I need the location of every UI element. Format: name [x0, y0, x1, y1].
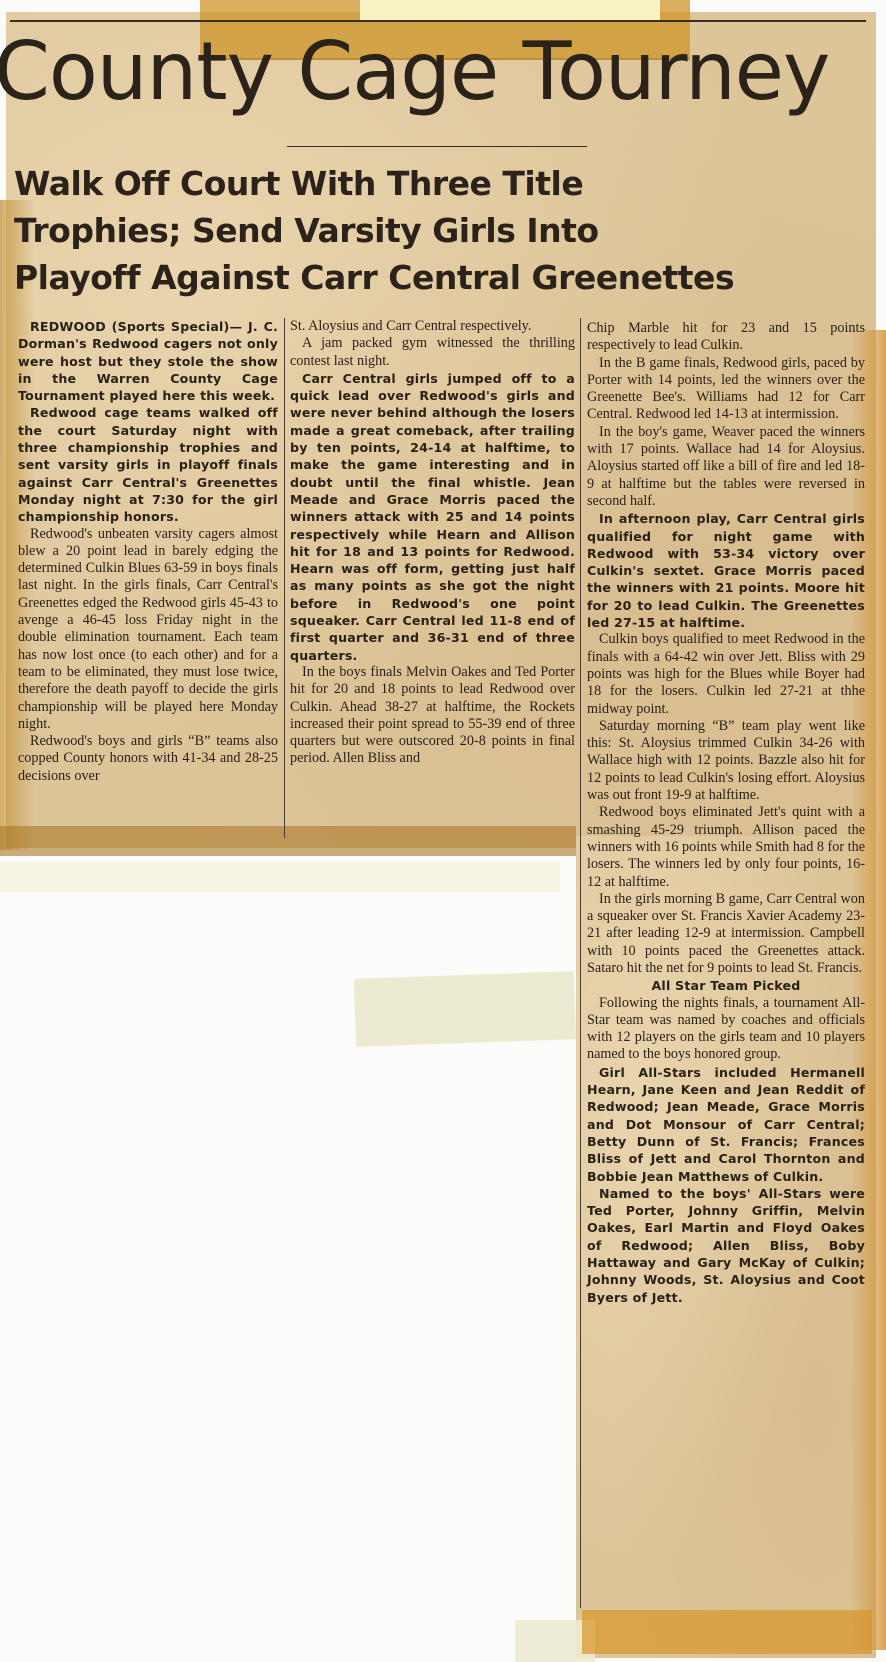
article-paragraph: Carr Central girls jumped off to a quick… — [290, 370, 575, 664]
tape-top-light — [360, 0, 660, 22]
article-paragraph: In the girls morning B game, Carr Centra… — [587, 891, 865, 977]
article-column-1: REDWOOD (Sports Special)— J. C. Dorman's… — [18, 318, 278, 785]
column-rule-2 — [580, 318, 581, 1608]
tape-strip-left — [0, 862, 560, 892]
article-paragraph: Girl All-Stars included Hermanell Hearn,… — [587, 1064, 865, 1185]
article-paragraph: Named to the boys' All-Stars were Ted Po… — [587, 1185, 865, 1306]
article-paragraph: Redwood's unbeaten varsity cagers almost… — [18, 526, 278, 734]
tape-strip-middle — [354, 971, 576, 1047]
article-column-3: Chip Marble hit for 23 and 15 points res… — [587, 320, 865, 1306]
article-paragraph: St. Aloysius and Carr Central respective… — [290, 318, 575, 335]
section-subtitle: All Star Team Picked — [587, 977, 865, 994]
article-paragraph: In the boys finals Melvin Oakes and Ted … — [290, 664, 575, 768]
subhead-line: Walk Off Court With Three Title — [14, 160, 874, 207]
article-column-2: St. Aloysius and Carr Central respective… — [290, 318, 575, 768]
article-paragraph: A jam packed gym witnessed the thrilling… — [290, 335, 575, 370]
tape-bottom-right — [582, 1610, 872, 1654]
subheadline: Walk Off Court With Three Title Trophies… — [14, 160, 874, 301]
article-paragraph: Culkin boys qualified to meet Redwood in… — [587, 631, 865, 717]
subhead-line: Playoff Against Carr Central Greenettes — [14, 254, 874, 301]
article-paragraph: Following the nights finals, a tournamen… — [587, 995, 865, 1064]
tape-stain-bottom — [0, 826, 576, 856]
headline: County Cage Tourney — [0, 32, 874, 112]
article-paragraph: In the boy's game, Weaver paced the winn… — [587, 424, 865, 510]
top-rule — [10, 20, 866, 22]
subhead-line: Trophies; Send Varsity Girls Into — [14, 207, 874, 254]
article-paragraph: REDWOOD (Sports Special)— J. C. Dorman's… — [18, 318, 278, 404]
article-paragraph: In the B game finals, Redwood girls, pac… — [587, 355, 865, 424]
article-paragraph: Redwood cage teams walked off the court … — [18, 404, 278, 525]
article-paragraph: Redwood's boys and girls “B” teams also … — [18, 733, 278, 785]
article-paragraph: Chip Marble hit for 23 and 15 points res… — [587, 320, 865, 355]
column-rule-1 — [284, 318, 285, 838]
headline-divider — [287, 146, 587, 147]
article-paragraph: Saturday morning “B” team play went like… — [587, 718, 865, 804]
article-paragraph: Redwood boys eliminated Jett's quint wit… — [587, 804, 865, 890]
article-paragraph: In afternoon play, Carr Central girls qu… — [587, 510, 865, 631]
